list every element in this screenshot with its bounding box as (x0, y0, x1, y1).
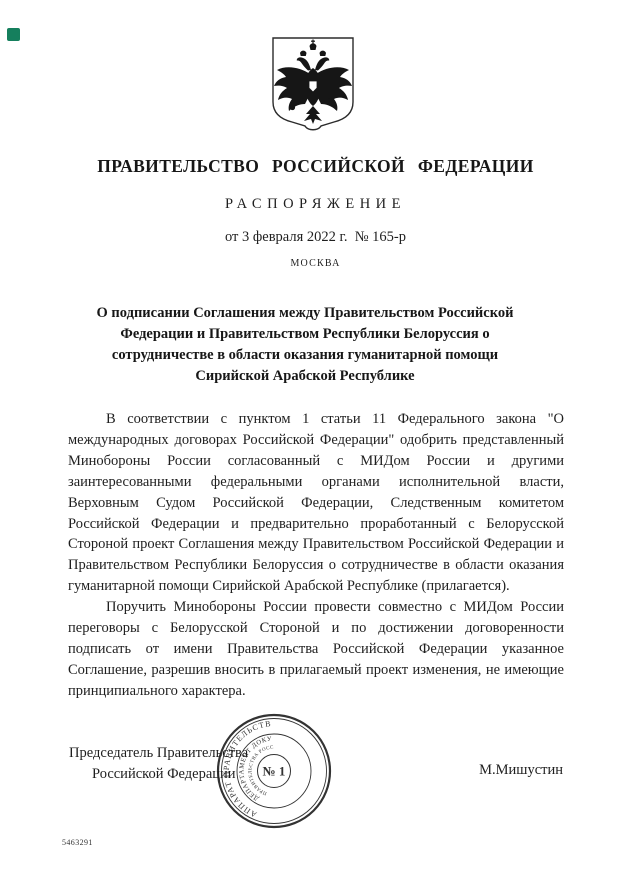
org-name: ПРАВИТЕЛЬСТВО РОССИЙСКОЙ ФЕДЕРАЦИИ (0, 156, 631, 177)
document-title: О подписании Соглашения между Правительс… (74, 303, 536, 387)
stamp-number: № 1 (263, 764, 286, 779)
coat-of-arms-icon (266, 34, 360, 136)
document-page: ПРАВИТЕЛЬСТВО РОССИЙСКОЙ ФЕДЕРАЦИИ РАСПО… (0, 0, 631, 896)
body-paragraph: Поручить Минобороны России провести совм… (68, 597, 564, 702)
date-number-line: от 3 февраля 2022 г. № 165-р (0, 229, 631, 246)
signature-name: М.Мишустин (479, 762, 563, 779)
document-body: В соответствии с пунктом 1 статьи 11 Фед… (68, 409, 564, 702)
body-paragraph: В соответствии с пунктом 1 статьи 11 Фед… (68, 409, 564, 597)
green-badge-square (7, 28, 20, 41)
city-label: МОСКВА (0, 258, 631, 269)
official-seal-stamp: АППАРАТ ПРАВИТЕЛЬСТВА РОССИЙСКОЙ ФЕДЕРАЦ… (215, 712, 333, 830)
doc-type-heading: РАСПОРЯЖЕНИЕ (0, 196, 631, 213)
green-badge-icon (7, 28, 20, 41)
doc-number: 5463291 (62, 838, 93, 847)
